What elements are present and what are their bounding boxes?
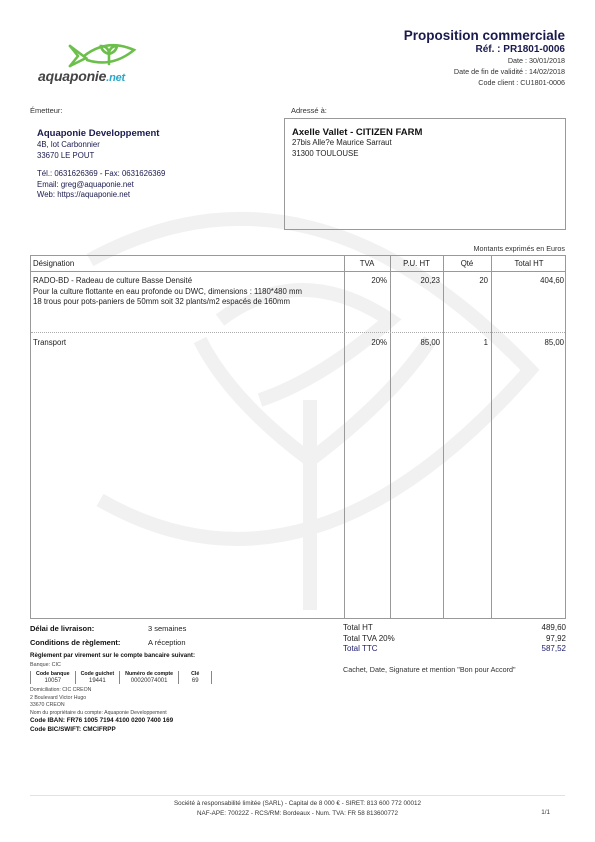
bank-address-2: 33670 CREON: [30, 702, 212, 710]
footer-line-1: Société à responsabilité limitée (SARL) …: [0, 799, 595, 809]
iban-code: Code IBAN: FR76 1005 7194 4100 0200 7400…: [30, 717, 212, 726]
key-header: Clé: [191, 671, 199, 677]
emitter-phone: Tél.: 0631626369 - Fax: 0631626369: [37, 169, 271, 180]
totals-block: Total HT 489,60 Total TVA 20% 97,92 Tota…: [343, 623, 566, 674]
currency-note: Montants exprimés en Euros: [474, 244, 565, 253]
row-designation-detail: Pour la culture flottante en eau profond…: [33, 287, 343, 298]
table-header: Désignation TVA P.U. HT Qté Total HT: [31, 256, 565, 272]
branch-code-column: Code guichet 19441: [75, 671, 120, 684]
payment-terms: Conditions de règlement: A réception: [30, 638, 212, 647]
legal-footer: Société à responsabilité limitée (SARL) …: [0, 799, 595, 819]
branch-code-header: Code guichet: [81, 671, 115, 677]
client-code: Code client : CU1801-0006: [404, 77, 565, 88]
validity-date: Date de fin de validité : 14/02/2018: [404, 66, 565, 77]
recipient-label: Adressé à:: [291, 106, 327, 115]
column-divider: [443, 256, 444, 618]
bic-code: Code BIC/SWIFT: CMCIFRPP: [30, 726, 212, 735]
recipient-name: Axelle Vallet - CITIZEN FARM: [292, 127, 558, 138]
total-tva-row: Total TVA 20% 97,92: [343, 634, 566, 645]
emitter-address-1: 4B, lot Carbonnier: [37, 140, 271, 151]
key-value: 69: [191, 678, 199, 684]
brand-wordmark: aquaponie.net: [38, 68, 125, 84]
bank-code-header: Code banque: [36, 671, 70, 677]
emitter-email: Email: greg@aquaponie.net: [37, 180, 271, 191]
total-ht-label: Total HT: [343, 623, 373, 634]
emitter-web: Web: https://aquaponie.net: [37, 190, 271, 201]
key-column: Clé 69: [178, 671, 212, 684]
bank-address-1: 2 Boulevard Victor Hugo: [30, 695, 212, 703]
recipient-address-1: 27bis Alle?e Maurice Sarraut: [292, 138, 558, 149]
payment-value: A réception: [148, 638, 186, 647]
footer-line-2: NAF-APE: 70022Z - RCS/RM: Bordeaux - Num…: [0, 809, 595, 819]
total-tva-label: Total TVA 20%: [343, 634, 395, 645]
row-tva: 20%: [344, 276, 387, 287]
total-ttc-value: 587,52: [542, 644, 566, 655]
document-header: Proposition commerciale Réf. : PR1801-00…: [404, 28, 565, 88]
row-divider: [31, 332, 565, 333]
header-total-ht: Total HT: [491, 259, 567, 268]
footer-divider: [30, 795, 565, 796]
row-pu-ht: 85,00: [390, 338, 440, 349]
row-total-ht: 404,60: [491, 276, 564, 287]
bank-domiciliation: Domiciliation: CIC CREON: [30, 687, 212, 695]
document-date: Date : 30/01/2018: [404, 55, 565, 66]
account-number-value: 00020074001: [125, 678, 173, 684]
total-ht-row: Total HT 489,60: [343, 623, 566, 634]
account-number-column: Numéro de compte 00020074001: [119, 671, 178, 684]
account-number-header: Numéro de compte: [125, 671, 173, 677]
total-ttc-row: Total TTC 587,52: [343, 644, 566, 655]
row-designation-detail: 18 trous pour pots-paniers de 50mm soit …: [33, 297, 343, 308]
brand-suffix: .net: [106, 72, 125, 84]
column-divider: [390, 256, 391, 618]
emitter-address-2: 33670 LE POUT: [37, 151, 271, 162]
row-qty: 20: [443, 276, 488, 287]
document-reference: Réf. : PR1801-0006: [404, 44, 565, 55]
row-designation-title: Transport: [33, 338, 66, 349]
emitter-block: Aquaponie Developpement 4B, lot Carbonni…: [30, 118, 278, 228]
page-number: 1/1: [541, 809, 550, 816]
bank-details-table: Code banque 10057 Code guichet 19441 Num…: [30, 671, 212, 684]
terms-and-bank: Délai de livraison: 3 semaines Condition…: [30, 624, 212, 734]
delivery-label: Délai de livraison:: [30, 624, 148, 633]
branch-code-value: 19441: [81, 678, 115, 684]
total-ttc-label: Total TTC: [343, 644, 378, 655]
signature-note: Cachet, Date, Signature et mention "Bon …: [343, 665, 566, 674]
recipient-address-2: 31300 TOULOUSE: [292, 149, 558, 160]
delivery-value: 3 semaines: [148, 624, 186, 633]
header-qty: Qté: [443, 259, 491, 268]
payment-label: Conditions de règlement:: [30, 638, 148, 647]
bank-transfer-title: Règlement par virement sur le compte ban…: [30, 652, 212, 659]
column-divider: [491, 256, 492, 618]
header-designation: Désignation: [33, 259, 74, 268]
row-pu-ht: 20,23: [390, 276, 440, 287]
lines-table: Désignation TVA P.U. HT Qté Total HT RAD…: [30, 255, 566, 619]
bank-code-value: 10057: [36, 678, 70, 684]
bank-code-column: Code banque 10057: [30, 671, 75, 684]
emitter-name: Aquaponie Developpement: [37, 128, 271, 139]
total-ht-value: 489,60: [542, 623, 566, 634]
emitter-label: Émetteur:: [30, 106, 63, 115]
recipient-block: Axelle Vallet - CITIZEN FARM 27bis Alle?…: [284, 118, 566, 230]
row-tva: 20%: [344, 338, 387, 349]
header-pu-ht: P.U. HT: [390, 259, 443, 268]
document-title: Proposition commerciale: [404, 28, 565, 43]
header-tva: TVA: [344, 259, 390, 268]
bank-name: Banque: CIC: [30, 662, 212, 668]
account-owner: Nom du propriétaire du compte: Aquaponie…: [30, 710, 212, 718]
row-designation-title: RADO-BD - Radeau de culture Basse Densit…: [33, 276, 343, 287]
row-total-ht: 85,00: [491, 338, 564, 349]
delivery-terms: Délai de livraison: 3 semaines: [30, 624, 212, 633]
total-tva-value: 97,92: [546, 634, 566, 645]
brand-name: aquaponie: [38, 68, 106, 84]
row-qty: 1: [443, 338, 488, 349]
column-divider: [344, 256, 345, 618]
